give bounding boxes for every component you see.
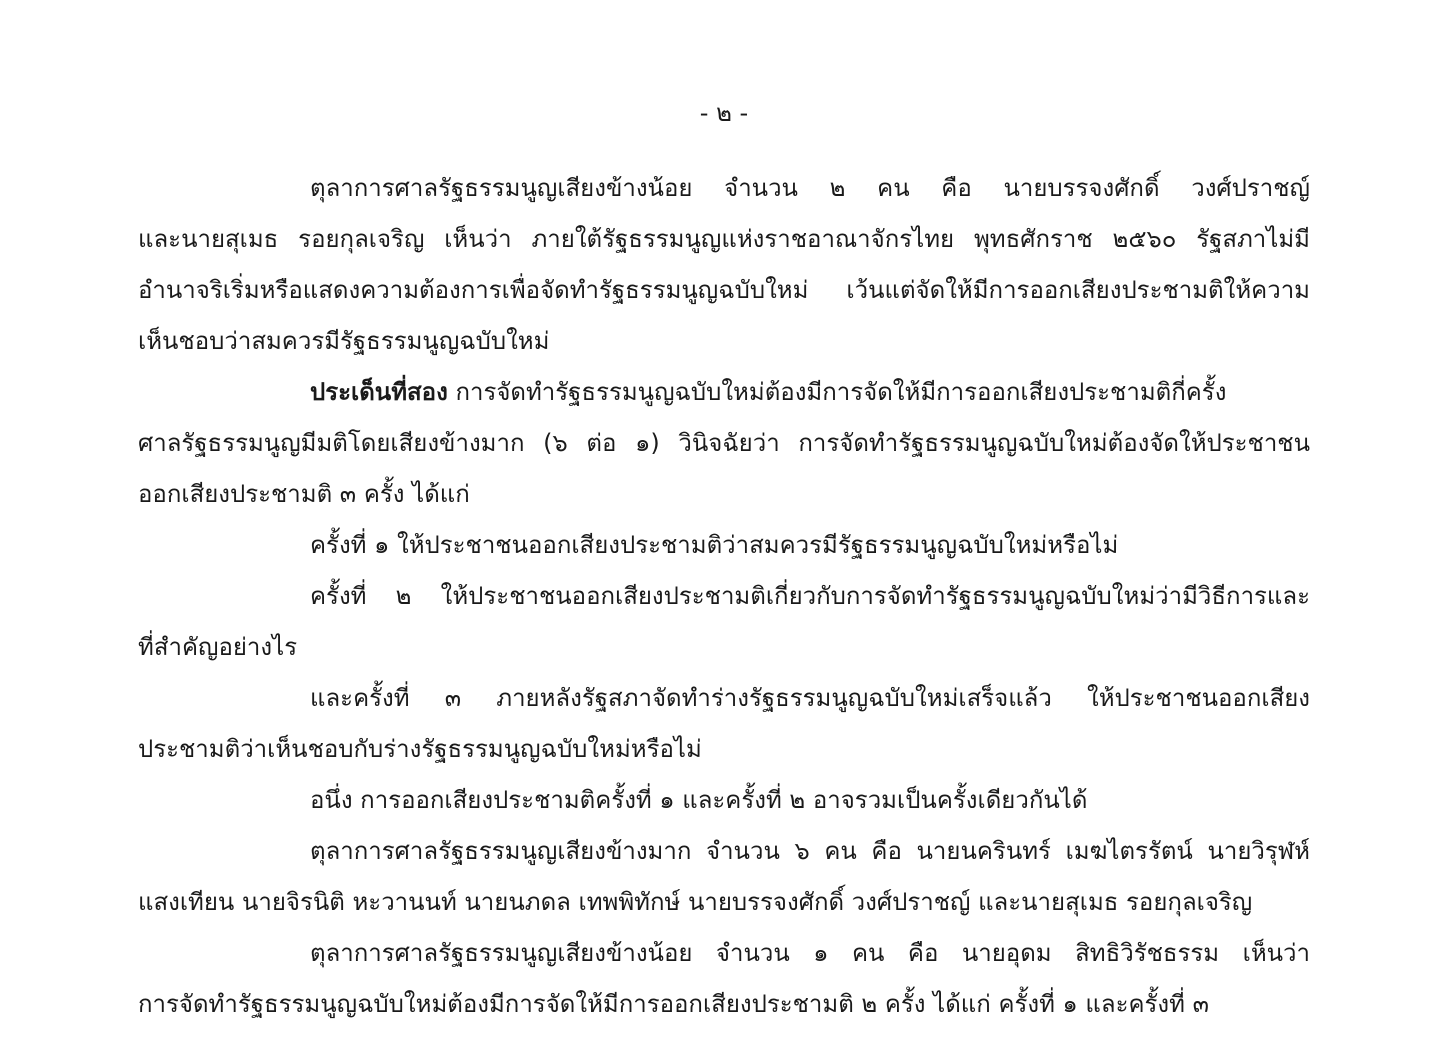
paragraph-line: ประชามติว่าเห็นชอบกับร่างรัฐธรรมนูญฉบับใ… xyxy=(138,729,1310,769)
paragraph-line: อนึ่ง การออกเสียงประชามติครั้งที่ ๑ และค… xyxy=(310,780,1310,820)
minority-judges-line: ตุลาการศาลรัฐธรรมนูญเสียงข้างน้อย จำนวน … xyxy=(310,933,1310,973)
paragraph-line: การจัดทำรัฐธรรมนูญฉบับใหม่ต้องมีการจัดให… xyxy=(138,984,1310,1024)
issue-two-heading-line: ประเด็นที่สอง การจัดทำรัฐธรรมนูญฉบับใหม่… xyxy=(310,372,1310,412)
paragraph-line: ที่สำคัญอย่างไร xyxy=(138,627,1310,667)
referendum-item-3: และครั้งที่ ๓ ภายหลังรัฐสภาจัดทำร่างรัฐธ… xyxy=(310,678,1310,718)
paragraph-line: ออกเสียงประชามติ ๓ ครั้ง ได้แก่ xyxy=(138,474,1310,514)
page-number: - ๒ - xyxy=(0,98,1448,128)
paragraph-line: แสงเทียน นายจิรนิติ หะวานนท์ นายนภดล เทพ… xyxy=(138,882,1310,922)
paragraph-line: เห็นชอบว่าสมควรมีรัฐธรรมนูญฉบับใหม่ xyxy=(138,321,1310,361)
referendum-item-1: ครั้งที่ ๑ ให้ประชาชนออกเสียงประชามติว่า… xyxy=(310,525,1310,565)
paragraph-line: ศาลรัฐธรรมนูญมีมติโดยเสียงข้างมาก (๖ ต่อ… xyxy=(138,423,1310,463)
issue-two-label: ประเด็นที่สอง xyxy=(310,378,448,406)
paragraph-line: อำนาจริเริ่มหรือแสดงความต้องการเพื่อจัดท… xyxy=(138,270,1310,310)
issue-two-text: การจัดทำรัฐธรรมนูญฉบับใหม่ต้องมีการจัดให… xyxy=(448,378,1227,406)
majority-judges-line: ตุลาการศาลรัฐธรรมนูญเสียงข้างมาก จำนวน ๖… xyxy=(310,831,1310,871)
paragraph-line: ตุลาการศาลรัฐธรรมนูญเสียงข้างน้อย จำนวน … xyxy=(310,168,1310,208)
paragraph-line: และนายสุเมธ รอยกุลเจริญ เห็นว่า ภายใต้รั… xyxy=(138,219,1310,259)
referendum-item-2: ครั้งที่ ๒ ให้ประชาชนออกเสียงประชามติเกี… xyxy=(310,576,1310,616)
